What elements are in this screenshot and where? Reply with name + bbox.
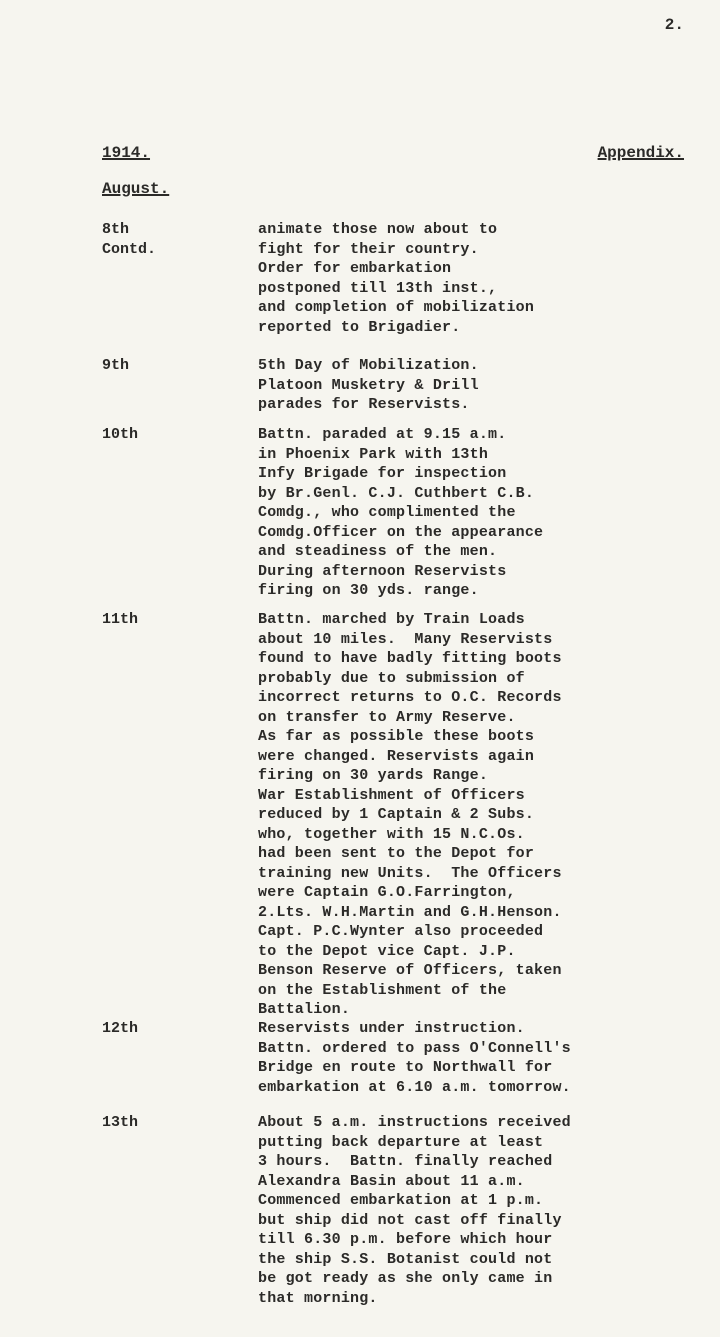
entry-line: were changed. Reservists again bbox=[258, 747, 562, 767]
diary-entry: 9th 5th Day of Mobilization.Platoon Musk… bbox=[102, 356, 702, 415]
entry-text: About 5 a.m. instructions receivedputtin… bbox=[258, 1113, 571, 1308]
entry-line: Reservists under instruction. bbox=[258, 1019, 571, 1039]
entry-line: the ship S.S. Botanist could not bbox=[258, 1250, 571, 1270]
entry-line: Benson Reserve of Officers, taken bbox=[258, 961, 562, 981]
entry-line: had been sent to the Depot for bbox=[258, 844, 562, 864]
entry-text: Battn. marched by Train Loadsabout 10 mi… bbox=[258, 610, 562, 1020]
entry-line: about 10 miles. Many Reservists bbox=[258, 630, 562, 650]
entry-line: 2.Lts. W.H.Martin and G.H.Henson. bbox=[258, 903, 562, 923]
entry-line: fight for their country. bbox=[258, 240, 534, 260]
entry-date: 10th bbox=[102, 425, 258, 601]
entry-date: 8th Contd. bbox=[102, 220, 258, 337]
entry-text: animate those now about tofight for thei… bbox=[258, 220, 534, 337]
page-number: 2. bbox=[665, 16, 684, 34]
diary-entry: 8th Contd. animate those now about tofig… bbox=[102, 220, 702, 337]
entry-line: putting back departure at least bbox=[258, 1133, 571, 1153]
entry-line: were Captain G.O.Farrington, bbox=[258, 883, 562, 903]
entry-line: Capt. P.C.Wynter also proceeded bbox=[258, 922, 562, 942]
entry-line: firing on 30 yds. range. bbox=[258, 581, 543, 601]
header-year: 1914. bbox=[102, 144, 150, 162]
entry-line: reported to Brigadier. bbox=[258, 318, 534, 338]
header-month: August. bbox=[102, 180, 169, 198]
entry-line: Battn. marched by Train Loads bbox=[258, 610, 562, 630]
entry-line: embarkation at 6.10 a.m. tomorrow. bbox=[258, 1078, 571, 1098]
entry-text: Battn. paraded at 9.15 a.m.in Phoenix Pa… bbox=[258, 425, 543, 601]
entry-date: 11th bbox=[102, 610, 258, 1020]
entry-date: 12th bbox=[102, 1019, 258, 1097]
entry-line: but ship did not cast off finally bbox=[258, 1211, 571, 1231]
entry-line: probably due to submission of bbox=[258, 669, 562, 689]
entry-line: Battalion. bbox=[258, 1000, 562, 1020]
entry-line: in Phoenix Park with 13th bbox=[258, 445, 543, 465]
entry-line: During afternoon Reservists bbox=[258, 562, 543, 582]
entry-line: As far as possible these boots bbox=[258, 727, 562, 747]
entry-line: by Br.Genl. C.J. Cuthbert C.B. bbox=[258, 484, 543, 504]
entry-line: till 6.30 p.m. before which hour bbox=[258, 1230, 571, 1250]
diary-entry: 10th Battn. paraded at 9.15 a.m.in Phoen… bbox=[102, 425, 702, 601]
entry-line: animate those now about to bbox=[258, 220, 534, 240]
entry-line: Comdg., who complimented the bbox=[258, 503, 543, 523]
entry-line: training new Units. The Officers bbox=[258, 864, 562, 884]
entry-date: 13th bbox=[102, 1113, 258, 1308]
entry-line: on transfer to Army Reserve. bbox=[258, 708, 562, 728]
document-page: 2. 1914. Appendix. August. 8th Contd. an… bbox=[0, 0, 720, 1337]
diary-entry: 13th About 5 a.m. instructions receivedp… bbox=[102, 1113, 702, 1308]
entry-line: Battn. paraded at 9.15 a.m. bbox=[258, 425, 543, 445]
entry-line: who, together with 15 N.C.Os. bbox=[258, 825, 562, 845]
entry-line: that morning. bbox=[258, 1289, 571, 1309]
entry-line: War Establishment of Officers bbox=[258, 786, 562, 806]
entry-line: About 5 a.m. instructions received bbox=[258, 1113, 571, 1133]
header-appendix: Appendix. bbox=[598, 144, 684, 162]
entry-line: postponed till 13th inst., bbox=[258, 279, 534, 299]
diary-entry: 12th Reservists under instruction.Battn.… bbox=[102, 1019, 702, 1097]
entry-line: Bridge en route to Northwall for bbox=[258, 1058, 571, 1078]
entry-line: reduced by 1 Captain & 2 Subs. bbox=[258, 805, 562, 825]
entry-line: and completion of mobilization bbox=[258, 298, 534, 318]
entry-line: 3 hours. Battn. finally reached bbox=[258, 1152, 571, 1172]
entry-line: found to have badly fitting boots bbox=[258, 649, 562, 669]
entry-date: 9th bbox=[102, 356, 258, 415]
entry-line: Platoon Musketry & Drill bbox=[258, 376, 479, 396]
entry-line: be got ready as she only came in bbox=[258, 1269, 571, 1289]
entry-text: Reservists under instruction.Battn. orde… bbox=[258, 1019, 571, 1097]
entry-line: and steadiness of the men. bbox=[258, 542, 543, 562]
entry-line: to the Depot vice Capt. J.P. bbox=[258, 942, 562, 962]
entry-line: Order for embarkation bbox=[258, 259, 534, 279]
diary-entry: 11th Battn. marched by Train Loadsabout … bbox=[102, 610, 702, 1020]
entry-line: Battn. ordered to pass O'Connell's bbox=[258, 1039, 571, 1059]
entry-line: Alexandra Basin about 11 a.m. bbox=[258, 1172, 571, 1192]
entry-line: incorrect returns to O.C. Records bbox=[258, 688, 562, 708]
entry-line: Infy Brigade for inspection bbox=[258, 464, 543, 484]
entry-line: Commenced embarkation at 1 p.m. bbox=[258, 1191, 571, 1211]
entry-line: 5th Day of Mobilization. bbox=[258, 356, 479, 376]
entry-text: 5th Day of Mobilization.Platoon Musketry… bbox=[258, 356, 479, 415]
entry-line: parades for Reservists. bbox=[258, 395, 479, 415]
entry-line: firing on 30 yards Range. bbox=[258, 766, 562, 786]
entry-line: on the Establishment of the bbox=[258, 981, 562, 1001]
entry-line: Comdg.Officer on the appearance bbox=[258, 523, 543, 543]
